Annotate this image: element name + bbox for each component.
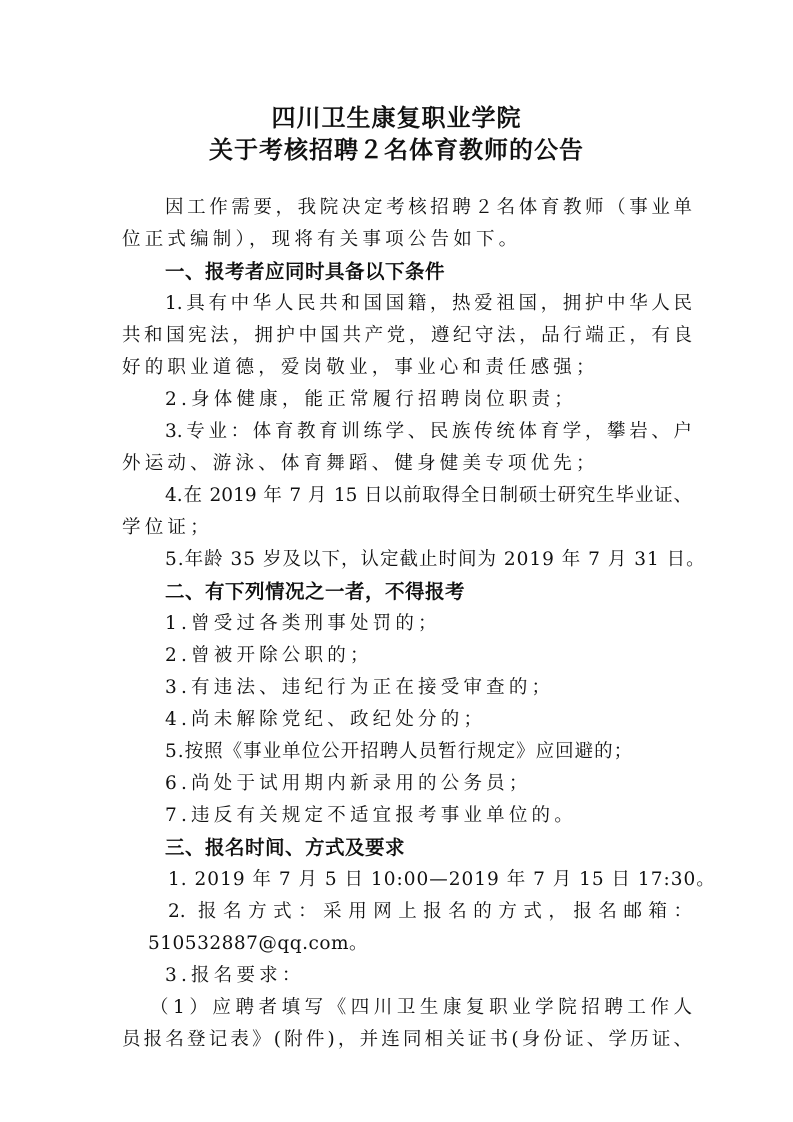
list-item: 1.曾受过各类刑事处罚的；: [165, 612, 692, 636]
email-address: 510532887@qq.com。: [148, 932, 718, 956]
list-item: 4.在 2019 年 7 月 15 日以前取得全日制硕士研究生毕业证、: [165, 484, 692, 508]
list-item: 共和国宪法，拥护中国共产党，遵纪守法，品行端正，有良: [122, 324, 692, 348]
list-item: （1）应聘者填写《四川卫生康复职业学院招聘工作人: [150, 996, 692, 1020]
list-item: 6.尚处于试用期内新录用的公务员；: [165, 772, 692, 796]
section-heading-eligibility: 一、报考者应同时具备以下条件: [165, 259, 445, 285]
document-title-announcement: 关于考核招聘２名体育教师的公告: [0, 130, 793, 165]
list-item: 1. 2019 年 7 月 5 日 10:00—2019 年 7 月 15 日 …: [168, 868, 738, 892]
list-item: 学位证；: [122, 516, 692, 540]
list-item: 7.违反有关规定不适宜报考事业单位的。: [165, 804, 692, 828]
intro-paragraph-line: 位正式编制），现将有关事项公告如下。: [122, 228, 692, 252]
list-item: 1.具有中华人民共和国国籍，热爱祖国，拥护中华人民: [165, 292, 692, 316]
list-item: 2.身体健康，能正常履行招聘岗位职责；: [165, 388, 692, 412]
list-item: 3.专业：体育教育训练学、民族传统体育学，攀岩、户: [165, 420, 692, 444]
list-item: 员报名登记表》(附件)，并连同相关证书(身份证、学历证、: [122, 1028, 692, 1052]
section-heading-disqualifications: 二、有下列情况之一者，不得报考: [165, 579, 465, 605]
list-item: 外运动、游泳、体育舞蹈、健身健美专项优先；: [122, 452, 692, 476]
list-item: 5.按照《事业单位公开招聘人员暂行规定》应回避的；: [165, 740, 692, 764]
list-item: 好的职业道德，爱岗敬业，事业心和责任感强；: [122, 356, 692, 380]
list-item: 2.曾被开除公职的；: [165, 644, 692, 668]
section-heading-registration: 三、报名时间、方式及要求: [165, 835, 405, 861]
document-title-institution: 四川卫生康复职业学院: [0, 98, 793, 133]
list-item: 3.报名要求：: [165, 964, 692, 988]
list-item: 5.年龄 35 岁及以下，认定截止时间为 2019 年 7 月 31 日。: [165, 548, 692, 572]
list-item: 2. 报名方式：采用网上报名的方式，报名邮箱：: [168, 900, 692, 924]
intro-paragraph-line: 因工作需要，我院决定考核招聘２名体育教师（事业单: [165, 196, 692, 220]
document-page: 四川卫生康复职业学院 关于考核招聘２名体育教师的公告 因工作需要，我院决定考核招…: [0, 0, 793, 1122]
list-item: 4.尚未解除党纪、政纪处分的；: [165, 708, 692, 732]
list-item: 3.有违法、违纪行为正在接受审查的；: [165, 676, 692, 700]
